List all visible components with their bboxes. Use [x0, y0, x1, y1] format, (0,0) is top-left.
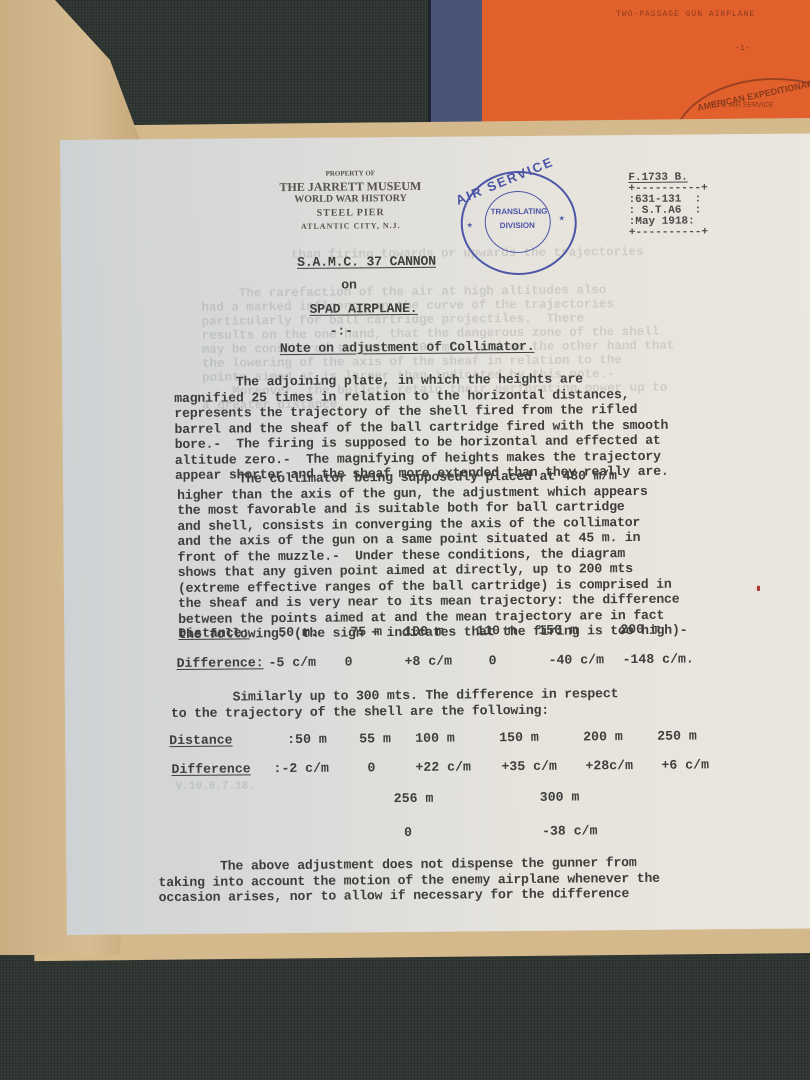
air-service-stamp: AIR SERVICE ★ ★ TRANSLATING DIVISION	[460, 170, 577, 275]
table-cell: 55 m	[359, 731, 391, 746]
folder-title: TWO-PASSAGE GUN AIRPLANE	[616, 10, 755, 19]
folder-dash: -1-	[735, 44, 749, 53]
table-cell: :50 m	[287, 732, 327, 747]
paragraph-1: The adjoining plate, in which the height…	[174, 371, 669, 484]
museum-location: STEEL PIER	[261, 207, 441, 220]
red-ink-mark	[757, 586, 760, 591]
difference-label: Difference:	[177, 655, 264, 671]
table-cell: 150 m	[538, 622, 578, 637]
museum-subtitle: WORLD WAR HISTORY	[260, 193, 440, 206]
table-cell: 256 m	[394, 791, 434, 806]
table-cell: +8 c/m	[404, 654, 452, 669]
paragraph-3: Similarly up to 300 mts. The difference …	[171, 686, 619, 721]
title-note: Note on adjustment of Collimator.	[280, 339, 535, 357]
table-cell: 0	[488, 653, 496, 668]
table-cell: -5 c/m	[269, 655, 317, 670]
table-cell: -38 c/m	[542, 823, 598, 838]
paragraph-2: The collimator being supposedly placed a…	[177, 468, 688, 643]
star-icon: ★	[467, 219, 473, 231]
table-cell: -148 c/m.	[622, 651, 693, 667]
table-row-difference-1: Difference: -5 c/m 0 +8 c/m 0 -40 c/m -1…	[177, 650, 810, 656]
table-cell: +28c/m	[585, 758, 633, 773]
distance-label: Distance:	[178, 625, 249, 641]
paragraph-4: The above adjustment does not dispense t…	[158, 855, 660, 906]
table-cell: 0	[345, 654, 353, 669]
table-row-difference-2: Difference :-2 c/m 0 +22 c/m +35 c/m +28…	[171, 756, 810, 762]
table-cell: 200 m	[620, 622, 660, 637]
difference-label: Difference	[171, 761, 250, 777]
table-cell: 100 m	[404, 624, 444, 639]
table-cell: 250 m	[657, 728, 697, 743]
seal-sub-text: U.S. AIR SERVICE	[714, 102, 773, 109]
table-cell: 300 m	[540, 789, 580, 804]
title-cannon: S.A.M.C. 37 CANNON	[297, 254, 436, 271]
table-cell: 100 m	[415, 731, 455, 746]
table-cell: 0	[367, 760, 375, 775]
table-cell: 150 m	[499, 730, 539, 745]
table-row-distance-2: Distance :50 m 55 m 100 m 150 m 200 m 25…	[169, 727, 809, 733]
stamp-line-1: TRANSLATING	[491, 207, 548, 216]
table-cell: :-2 c/m	[273, 761, 329, 776]
distance-label: Distance	[169, 733, 232, 749]
faint-note: V.10.6.7.18.	[176, 780, 255, 793]
table-cell: -40 c/m	[548, 652, 604, 667]
table-cell: 110 m	[476, 623, 516, 638]
stamp-line-2: DIVISION	[500, 221, 535, 230]
table-row-difference-2-cont: 0 -38 c/m	[404, 822, 704, 825]
table-cell: 200 m	[583, 729, 623, 744]
title-airplane: SPAD AIRPLANE.	[309, 301, 417, 317]
table-row-distance-2-cont: 256 m 300 m	[394, 788, 694, 791]
ref-box-line: +----------+	[629, 226, 708, 239]
table-cell: +35 c/m	[501, 759, 557, 774]
star-icon: ★	[559, 213, 565, 225]
table-cell: 50 m.	[278, 625, 318, 640]
property-of-label: PROPERTY OF	[260, 169, 440, 179]
title-separator: -:-	[330, 323, 353, 339]
reference-block: F.1733 B. +----------+ :631-131 : : S.T.…	[628, 172, 708, 239]
title-on: on	[341, 277, 357, 293]
table-cell: 75 m	[350, 624, 382, 639]
table-cell: 0	[404, 825, 412, 840]
typed-document-sheet: than firing towards or upwards the traje…	[60, 133, 810, 935]
table-cell: +22 c/m	[415, 759, 471, 774]
museum-city: ATLANTIC CITY, N.J.	[261, 221, 441, 232]
table-cell: +6 c/m	[661, 757, 709, 772]
